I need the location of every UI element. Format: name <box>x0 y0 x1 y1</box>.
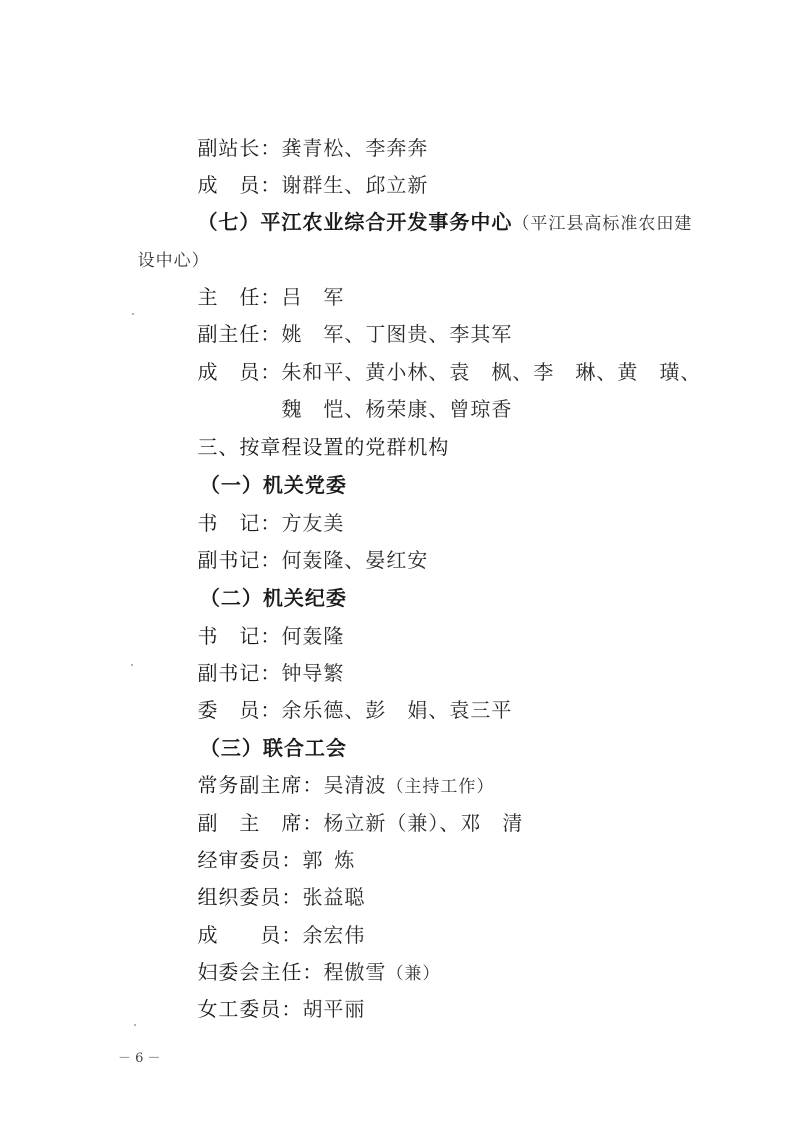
page-number: － 6 － <box>118 1047 161 1066</box>
names: 胡平丽 <box>302 997 365 1021</box>
scan-speck <box>134 1024 136 1026</box>
heading-text: （七）平江农业综合开发事务中心 <box>197 210 512 234</box>
role-label: 女工委员： <box>197 997 302 1021</box>
heading-note: （平江县高标准农田建 <box>512 214 692 234</box>
scan-speck <box>132 313 134 315</box>
scan-speck <box>131 664 133 666</box>
role-note: （兼） <box>386 964 440 984</box>
line-female-worker-member: 女工委员：胡平丽 <box>168 970 365 1048</box>
subsection-heading-7: （七）平江农业综合开发事务中心（平江县高标准农田建 <box>168 183 692 263</box>
